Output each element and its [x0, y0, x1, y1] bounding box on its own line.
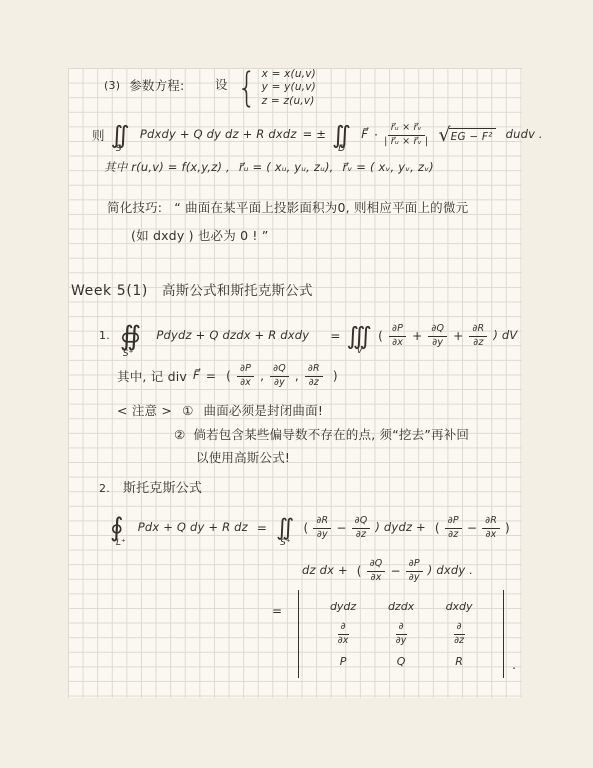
- where-definitions: 其中 r(u,v) = f(x,y,z) , r⃗ᵤ = ( xᵤ, yᵤ, z…: [104, 161, 434, 175]
- divergence-definition: 其中, 记 div F⃗ = ( ∂P∂x , ∂Q∂y , ∂R∂z ): [117, 360, 338, 392]
- parametric-equation-header: (3) 参数方程:: [104, 78, 184, 93]
- unit-normal-fraction: r⃗ᵤ × r⃗ᵥ | r⃗ᵤ × r⃗ᵥ |: [384, 123, 428, 148]
- week-heading: Week 5(1) 高斯公式和斯托克斯公式: [71, 283, 313, 300]
- vector-F: F⃗: [193, 369, 200, 383]
- double-integral-symbol: ∬ S: [111, 123, 130, 147]
- dQ-dx-fraction: ∂Q∂x: [367, 559, 386, 584]
- plus-sign: +: [453, 329, 463, 343]
- tip-quote-line2: (如 dxdy ) 也必为 0 ! ”: [131, 228, 269, 243]
- open-paren: (: [378, 329, 383, 343]
- note-item2-text: 倘若包含某些偏导数不存在的点, 须“挖去”再补回: [193, 427, 469, 442]
- stokes-title: 斯托克斯公式: [123, 481, 202, 497]
- open-paren: (: [435, 521, 440, 535]
- case-z: z = z(u,v): [262, 95, 316, 108]
- suppose-word: 设: [215, 77, 228, 92]
- stokes-lhs: Pdx + Q dy + R dz: [138, 521, 248, 535]
- radicand: EG − F²: [449, 128, 496, 144]
- close-paren: ): [333, 369, 338, 383]
- section-title: 参数方程:: [129, 78, 184, 93]
- fraction-numerator: r⃗ᵤ × r⃗ᵥ: [388, 123, 425, 136]
- parametric-cases: { x = x(u,v) y = y(u,v) z = z(u,v): [234, 68, 316, 108]
- dP-dy-fraction: ∂P∂y: [406, 559, 423, 584]
- triple-integral-symbol: ∭ V: [347, 324, 373, 348]
- comma: ,: [295, 369, 299, 383]
- item-number: 1.: [99, 329, 110, 342]
- integral-subscript: S⁺: [123, 350, 133, 359]
- cases-brace: {: [237, 69, 256, 107]
- case-y: y = y(u,v): [262, 81, 316, 94]
- d-dx-operator: ∂∂x: [338, 622, 349, 647]
- vector-F: F⃗: [361, 128, 368, 142]
- tip-label: 简化技巧:: [107, 200, 162, 215]
- item-index: (3): [104, 79, 120, 92]
- simplify-tip-line1: 简化技巧: “ 曲面在某平面上投影面积为0, 则相应平面上的微元: [107, 200, 468, 215]
- stokes-heading: 2. 斯托克斯公式: [99, 481, 202, 497]
- line-integral-symbol: ∮ L⁺: [110, 515, 124, 541]
- ru-def: r⃗ᵤ = ( xᵤ, yᵤ, zᵤ),: [239, 161, 334, 175]
- rv-def: r⃗ᵥ = ( xᵥ, yᵥ, zᵥ): [343, 161, 434, 175]
- week-label: Week 5(1): [71, 283, 148, 300]
- open-paren: (: [357, 564, 362, 578]
- minus-sign: −: [467, 521, 477, 535]
- area-element: dudv .: [506, 128, 543, 142]
- close-paren-dxdy: ) dxdy .: [428, 564, 473, 578]
- open-paren: (: [304, 521, 309, 535]
- note-item1-text: 曲面必须是封闭曲面!: [204, 403, 324, 418]
- gauss-formula: 1. ∯ S⁺ Pdydz + Q dzdx + R dxdy = ∭ V ( …: [99, 315, 517, 357]
- fraction-denominator: | r⃗ᵤ × r⃗ᵥ |: [384, 136, 428, 148]
- tip-quote-line1: “ 曲面在某平面上投影面积为0, 则相应平面上的微元: [174, 200, 468, 215]
- dP-dx-fraction: ∂P∂x: [389, 324, 406, 349]
- dR-dx-fraction: ∂R∂x: [482, 516, 500, 541]
- d-dz-operator: ∂∂z: [454, 622, 465, 647]
- jacobian-determinant: = dydz dzdx dxdy ∂∂x ∂∂y ∂∂z: [272, 590, 516, 678]
- note-label: < 注意 >: [117, 403, 172, 418]
- flux-integrand: Pdxdy + Q dy dz + R dxdz: [140, 128, 297, 142]
- integral-subscript: S: [116, 145, 122, 154]
- week-title: 高斯公式和斯托克斯公式: [162, 283, 313, 299]
- close-paren-dydz: ) dydz +: [375, 521, 425, 535]
- integral-subscript: D: [338, 145, 345, 154]
- close-paren-dV: ) dV: [493, 329, 517, 343]
- surface-integral-formula: 则 ∬ S Pdxdy + Q dy dz + R dxdz = ± ∬ D F…: [92, 116, 543, 154]
- closed-surface-integral-symbol: ∯ S⁺: [120, 323, 142, 350]
- stokes-formula-line2: dz dx + ( ∂Q∂x − ∂P∂y ) dxdy .: [302, 553, 473, 589]
- notebook-page: (3) 参数方程: 设 { x = x(u,v) y = y(u,v) z = …: [0, 0, 593, 768]
- integral-subscript: S⁺: [280, 539, 290, 548]
- determinant-row-components: P Q R: [314, 655, 488, 668]
- open-paren: (: [226, 369, 231, 383]
- note-item-2-cont: 以使用高斯公式!: [196, 450, 290, 465]
- dQ-dy-fraction: ∂Q∂y: [428, 324, 447, 349]
- equals-sign: =: [257, 521, 267, 535]
- circled-2-icon: ②: [174, 427, 185, 442]
- dQ-dy-fraction: ∂Q∂y: [270, 364, 289, 389]
- close-paren: ): [505, 521, 510, 535]
- where-div-label: 其中, 记 div: [117, 369, 187, 384]
- circled-1-icon: ①: [182, 403, 193, 418]
- d-dy-operator: ∂∂y: [396, 622, 407, 647]
- item-number: 2.: [99, 482, 110, 495]
- integral-subscript: L⁺: [116, 539, 126, 548]
- determinant-row-differentials: dydz dzdx dxdy: [314, 600, 488, 613]
- stokes-formula-line1: ∮ L⁺ Pdx + Q dy + R dz = ∬ S⁺ ( ∂R∂y − ∂…: [110, 508, 510, 548]
- period: .: [512, 658, 516, 672]
- note-item-1: < 注意 > ① 曲面必须是封闭曲面!: [117, 403, 323, 418]
- equals-sign: =: [206, 369, 216, 383]
- equals-sign: =: [272, 604, 282, 618]
- dP-dx-fraction: ∂P∂x: [237, 364, 254, 389]
- equals-pm: = ±: [303, 128, 327, 142]
- sqrt-expression: √ EG − F²: [438, 126, 495, 145]
- comma: ,: [260, 369, 264, 383]
- double-integral-symbol: ∬ D: [332, 123, 351, 147]
- determinant-matrix: dydz dzdx dxdy ∂∂x ∂∂y ∂∂z P: [298, 590, 504, 678]
- dzdx-term: dz dx +: [302, 564, 348, 578]
- note-item2b-text: 以使用高斯公式!: [196, 450, 290, 465]
- minus-sign: −: [390, 564, 400, 578]
- dR-dy-fraction: ∂R∂y: [313, 516, 331, 541]
- case-x: x = x(u,v): [262, 68, 316, 81]
- dot-operator: ·: [374, 128, 378, 142]
- simplify-tip-line2: (如 dxdy ) 也必为 0 ! ”: [131, 228, 269, 243]
- where-r-def: 其中 r(u,v) = f(x,y,z) ,: [104, 161, 230, 175]
- note-item-2: ② 倘若包含某些偏导数不存在的点, 须“挖去”再补回: [174, 427, 469, 442]
- plus-sign: +: [412, 329, 422, 343]
- cases-list: x = x(u,v) y = y(u,v) z = z(u,v): [262, 68, 316, 108]
- dR-dz-fraction: ∂R∂z: [469, 324, 487, 349]
- equals-sign: =: [330, 329, 340, 343]
- dP-dz-fraction: ∂P∂z: [445, 516, 462, 541]
- handwritten-notes-layer: (3) 参数方程: 设 { x = x(u,v) y = y(u,v) z = …: [0, 0, 593, 768]
- dQ-dz-fraction: ∂Q∂z: [352, 516, 371, 541]
- then-word: 则: [92, 128, 105, 143]
- determinant-row-operators: ∂∂x ∂∂y ∂∂z: [314, 622, 488, 647]
- surface-integral-symbol: ∬ S⁺: [276, 517, 294, 540]
- integral-subscript: V: [357, 347, 363, 356]
- minus-sign: −: [336, 521, 346, 535]
- dR-dz-fraction: ∂R∂z: [305, 364, 323, 389]
- gauss-lhs: Pdydz + Q dzdx + R dxdy: [156, 329, 309, 343]
